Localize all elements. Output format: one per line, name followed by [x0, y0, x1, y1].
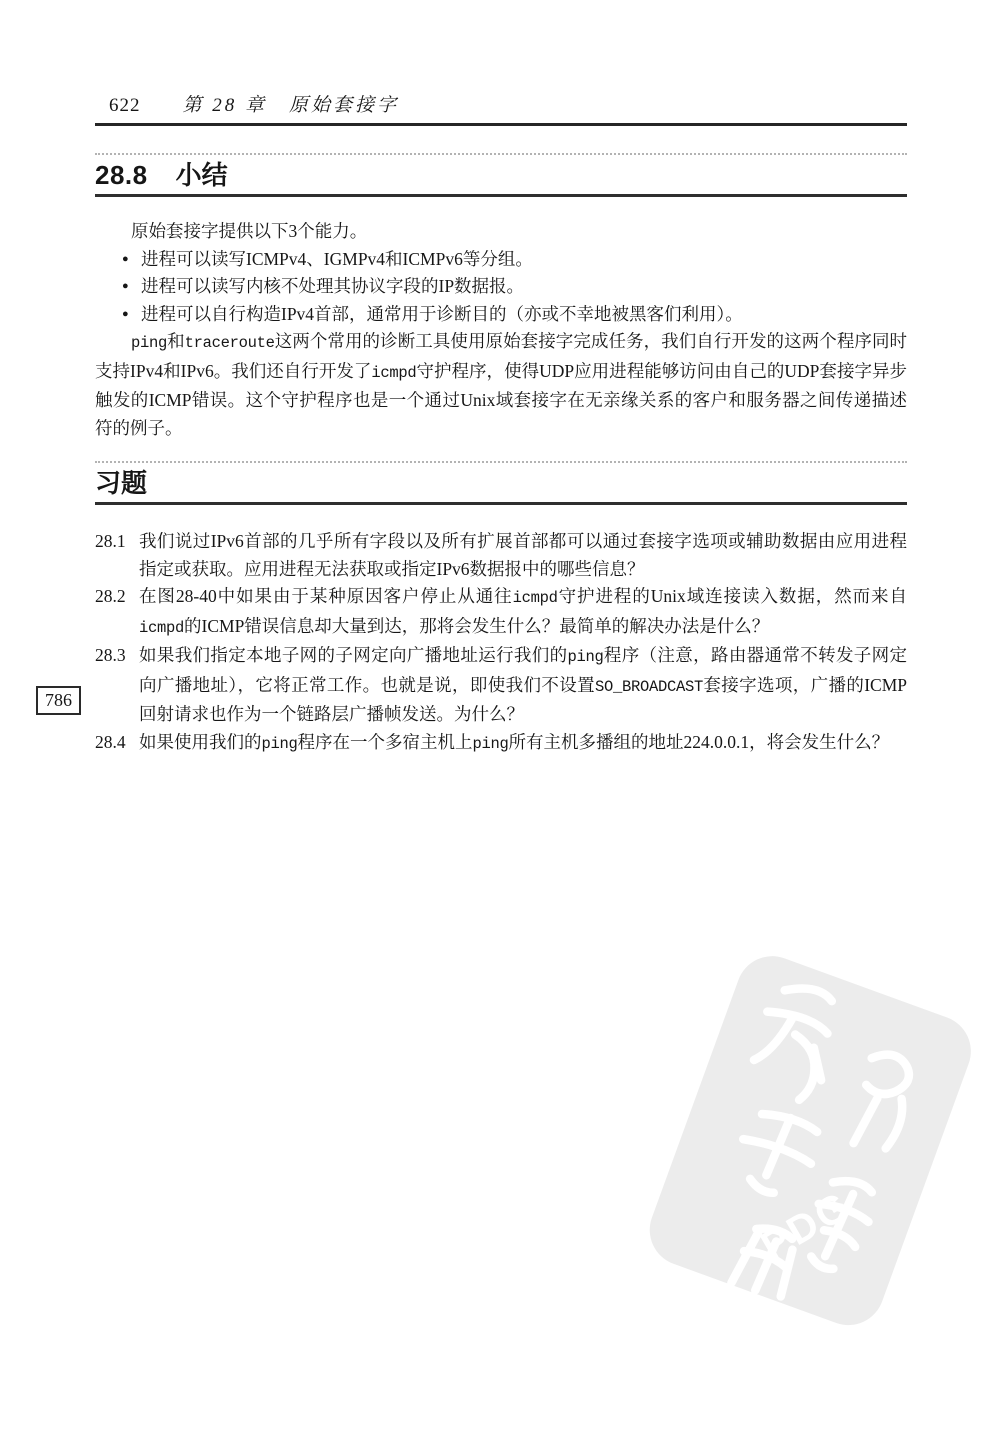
bullet-item: ● 进程可以读写内核不处理其协议字段的IP数据报。	[95, 273, 907, 301]
bullet-item: ● 进程可以读写ICMPv4、IGMPv4和ICMPv6等分组。	[95, 246, 907, 274]
exercise-text: 在图28-40中如果由于某种原因客户停止从通往icmpd守护进程的Unix域连接…	[139, 583, 907, 642]
exercise-text: 我们说过IPv6首部的几乎所有字段以及所有扩展首部都可以通过套接字选项或辅助数据…	[139, 528, 907, 583]
margin-page-ref: 786	[36, 686, 81, 715]
text-run: 和	[167, 331, 185, 351]
text-run: 如果我们指定本地子网的子网定向广播地址运行我们的	[139, 645, 567, 665]
exercise-text: 如果我们指定本地子网的子网定向广播地址运行我们的ping程序（注意，路由器通常不…	[139, 642, 907, 729]
bullet-text: 进程可以读写内核不处理其协议字段的IP数据报。	[141, 273, 907, 301]
inline-code: ping	[131, 334, 167, 352]
inline-code: ping	[262, 735, 298, 753]
exercise-item-28-2: 28.2 在图28-40中如果由于某种原因客户停止从通往icmpd守护进程的Un…	[95, 583, 907, 642]
exercise-number: 28.3	[95, 642, 139, 729]
pdg-watermark-stamp: PDG	[640, 950, 983, 1345]
bullet-icon: ●	[122, 246, 141, 274]
bullet-item: ● 进程可以自行构造IPv4首部，通常用于诊断目的（亦或不幸地被黑客们利用）。	[95, 301, 907, 329]
inline-code: icmpd	[371, 364, 416, 382]
summary-intro-paragraph: 原始套接字提供以下3个能力。	[95, 218, 907, 246]
inline-code: icmpd	[139, 619, 184, 637]
section-number: 28.8	[95, 158, 148, 192]
text-run: 我们说过IPv6首部的几乎所有字段以及所有扩展首部都可以通过套接字选项或辅助数据…	[139, 531, 907, 579]
text-run: 程序在一个多宿主机上	[298, 732, 473, 752]
bullet-text: 进程可以读写ICMPv4、IGMPv4和ICMPv6等分组。	[141, 246, 907, 274]
text-column: 622 第 28 章 原始套接字 28.8 小结 原始套接字提供以下3个能力。 …	[95, 0, 907, 758]
inline-code: SO_BROADCAST	[595, 678, 703, 696]
inline-code: ping	[473, 735, 509, 753]
page-number: 622	[109, 95, 141, 117]
text-run: 在图28-40中如果由于某种原因客户停止从通往	[139, 586, 513, 606]
text-run: 如果使用我们的	[139, 732, 262, 752]
bullet-text: 进程可以自行构造IPv4首部，通常用于诊断目的（亦或不幸地被黑客们利用）。	[141, 301, 907, 329]
exercise-item-28-4: 28.4 如果使用我们的ping程序在一个多宿主机上ping所有主机多播组的地址…	[95, 729, 907, 759]
watermark-blob	[640, 950, 981, 1335]
text-run: 的ICMP错误信息却大量到达，那将会发生什么？最简单的解决办法是什么？	[184, 616, 769, 636]
text-run: 所有主机多播组的地址224.0.0.1，将会发生什么？	[509, 732, 890, 752]
exercise-list: 28.1 我们说过IPv6首部的几乎所有字段以及所有扩展首部都可以通过套接字选项…	[95, 528, 907, 758]
bullet-icon: ●	[122, 301, 141, 329]
exercise-number: 28.4	[95, 729, 139, 759]
exercise-item-28-3: 28.3 如果我们指定本地子网的子网定向广播地址运行我们的ping程序（注意，路…	[95, 642, 907, 729]
section-heading-exercises: 习题	[95, 461, 907, 505]
running-head: 622 第 28 章 原始套接字	[95, 90, 907, 126]
book-page: 622 第 28 章 原始套接字 28.8 小结 原始套接字提供以下3个能力。 …	[0, 0, 983, 1447]
inline-code: icmpd	[513, 589, 558, 607]
bullet-icon: ●	[122, 273, 141, 301]
section-title: 小结	[176, 158, 228, 192]
exercise-text: 如果使用我们的ping程序在一个多宿主机上ping所有主机多播组的地址224.0…	[139, 729, 907, 759]
exercise-number: 28.1	[95, 528, 139, 583]
section-heading-summary: 28.8 小结	[95, 153, 907, 197]
exercises-title: 习题	[95, 466, 147, 500]
exercise-item-28-1: 28.1 我们说过IPv6首部的几乎所有字段以及所有扩展首部都可以通过套接字选项…	[95, 528, 907, 583]
exercise-number: 28.2	[95, 583, 139, 642]
text-run: 守护进程的Unix域连接读入数据，然而来自	[558, 586, 907, 606]
capability-bullet-list: ● 进程可以读写ICMPv4、IGMPv4和ICMPv6等分组。 ● 进程可以读…	[95, 246, 907, 329]
inline-code: traceroute	[185, 334, 275, 352]
chapter-title: 第 28 章 原始套接字	[183, 90, 400, 117]
summary-paragraph: ping和traceroute这两个常用的诊断工具使用原始套接字完成任务，我们自…	[95, 328, 907, 442]
inline-code: ping	[567, 648, 603, 666]
